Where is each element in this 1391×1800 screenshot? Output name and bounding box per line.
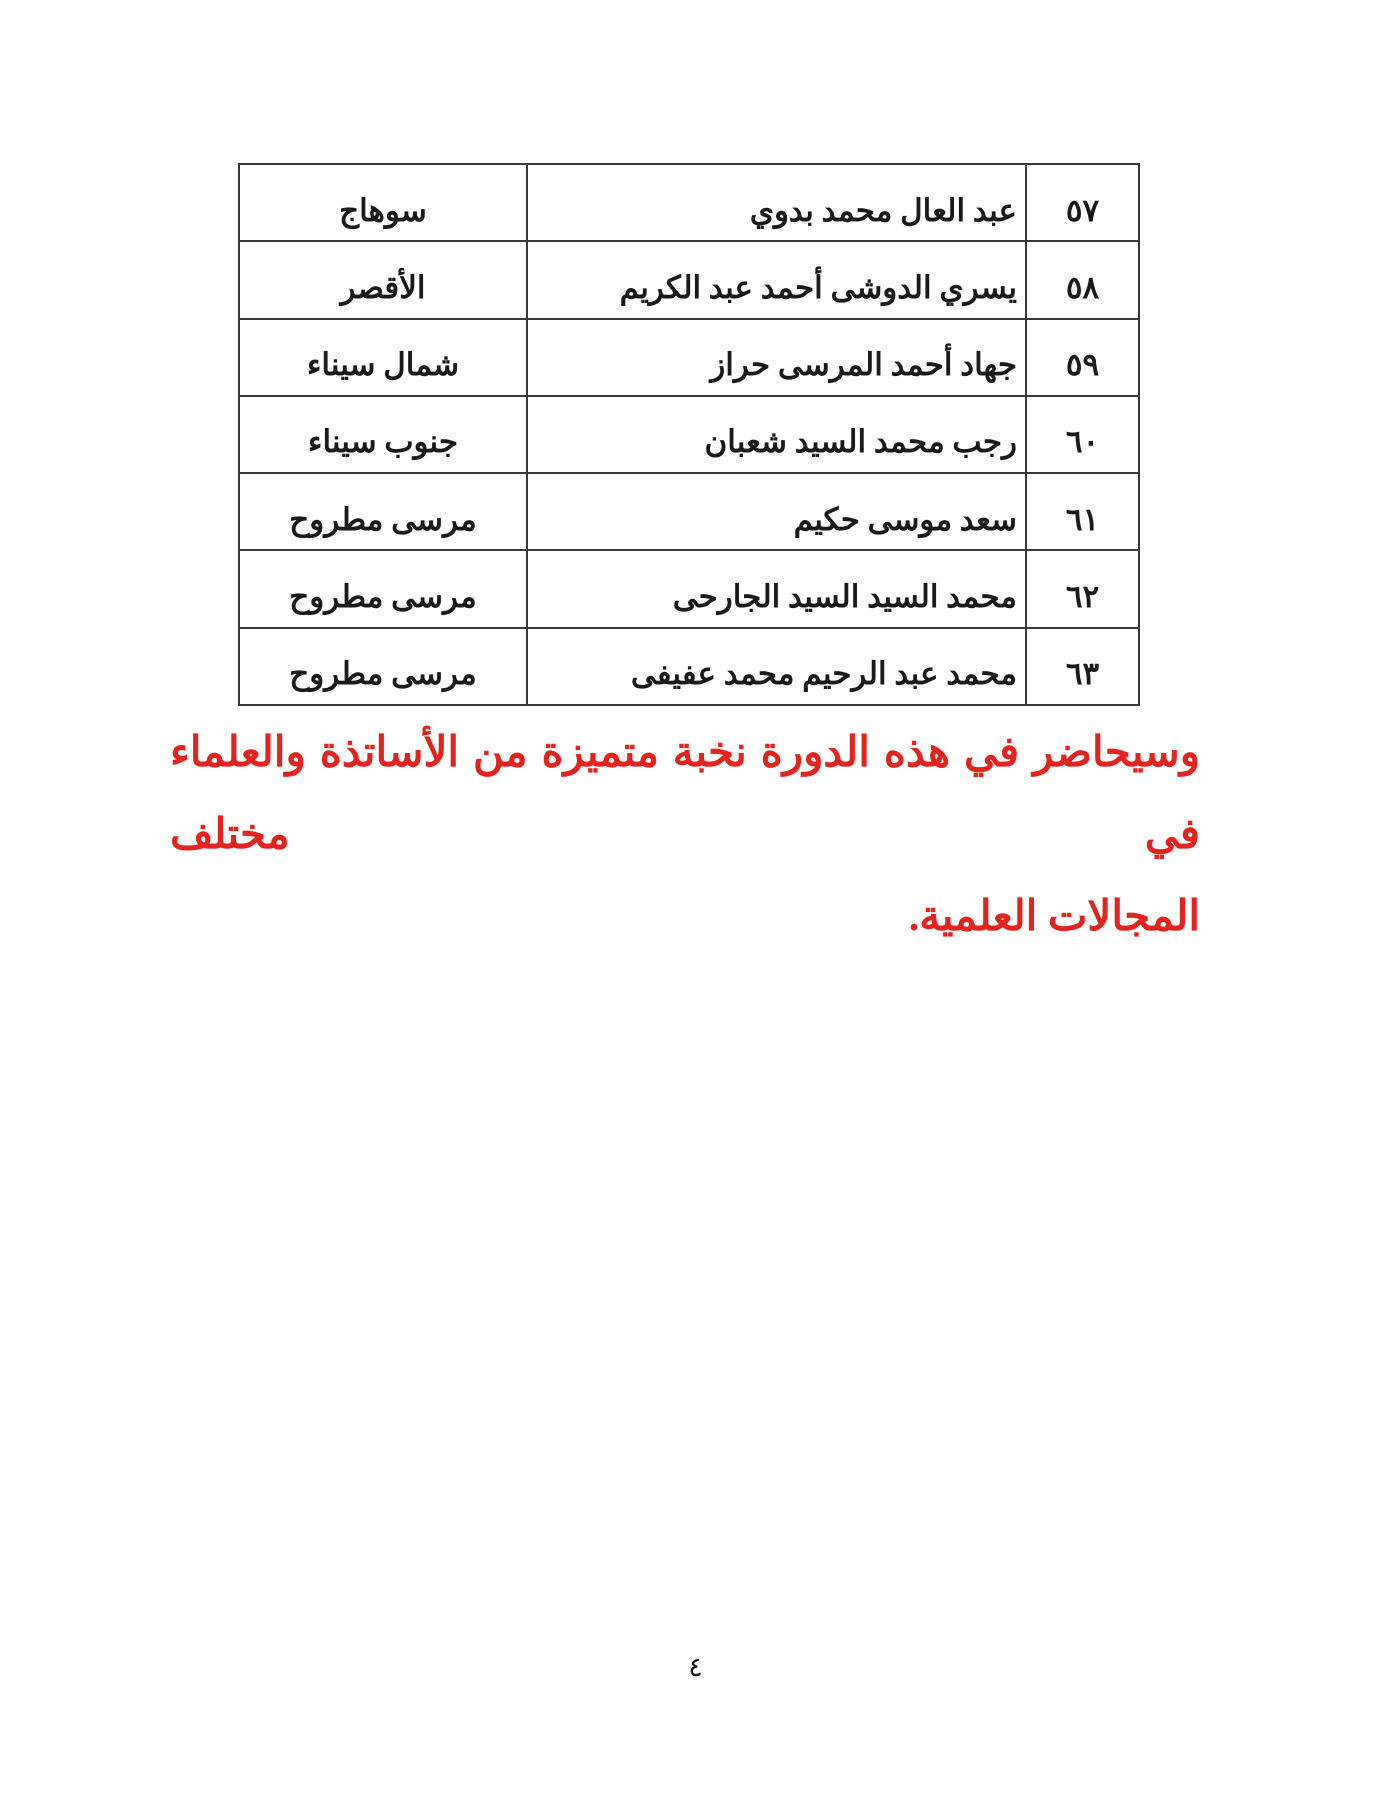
cell-name: محمد عبد الرحيم محمد عفيفى <box>527 628 1026 705</box>
document-page: ٥٧عبد العال محمد بدويسوهاج٥٨يسري الدوشى … <box>0 0 1391 1800</box>
cell-number: ٦١ <box>1026 473 1139 550</box>
table-row: ٥٨يسري الدوشى أحمد عبد الكريمالأقصر <box>239 241 1139 318</box>
cell-name: سعد موسى حكيم <box>527 473 1026 550</box>
cell-number: ٦٢ <box>1026 550 1139 627</box>
cell-governorate: جنوب سيناء <box>239 396 527 473</box>
participants-table-body: ٥٧عبد العال محمد بدويسوهاج٥٨يسري الدوشى … <box>239 164 1139 705</box>
lecturers-note-line-1: وسيحاضر في هذه الدورة نخبة متميزة من الأ… <box>170 712 1200 876</box>
cell-governorate: مرسى مطروح <box>239 550 527 627</box>
cell-governorate: شمال سيناء <box>239 319 527 396</box>
cell-governorate: الأقصر <box>239 241 527 318</box>
cell-name: جهاد أحمد المرسى حراز <box>527 319 1026 396</box>
cell-number: ٥٩ <box>1026 319 1139 396</box>
cell-number: ٦٣ <box>1026 628 1139 705</box>
table-row: ٦١سعد موسى حكيممرسى مطروح <box>239 473 1139 550</box>
cell-number: ٥٧ <box>1026 164 1139 241</box>
participants-table: ٥٧عبد العال محمد بدويسوهاج٥٨يسري الدوشى … <box>238 163 1140 706</box>
cell-name: محمد السيد السيد الجارحى <box>527 550 1026 627</box>
cell-governorate: مرسى مطروح <box>239 628 527 705</box>
lecturers-note: وسيحاضر في هذه الدورة نخبة متميزة من الأ… <box>170 712 1200 958</box>
cell-number: ٥٨ <box>1026 241 1139 318</box>
cell-governorate: سوهاج <box>239 164 527 241</box>
table-row: ٥٧عبد العال محمد بدويسوهاج <box>239 164 1139 241</box>
cell-number: ٦٠ <box>1026 396 1139 473</box>
cell-governorate: مرسى مطروح <box>239 473 527 550</box>
table-row: ٥٩جهاد أحمد المرسى حرازشمال سيناء <box>239 319 1139 396</box>
page-number: ٤ <box>0 1652 1391 1683</box>
cell-name: يسري الدوشى أحمد عبد الكريم <box>527 241 1026 318</box>
table-row: ٦٢محمد السيد السيد الجارحىمرسى مطروح <box>239 550 1139 627</box>
table-row: ٦٠رجب محمد السيد شعبانجنوب سيناء <box>239 396 1139 473</box>
table-row: ٦٣محمد عبد الرحيم محمد عفيفىمرسى مطروح <box>239 628 1139 705</box>
cell-name: رجب محمد السيد شعبان <box>527 396 1026 473</box>
lecturers-note-line-2: المجالات العلمية. <box>170 876 1200 958</box>
cell-name: عبد العال محمد بدوي <box>527 164 1026 241</box>
